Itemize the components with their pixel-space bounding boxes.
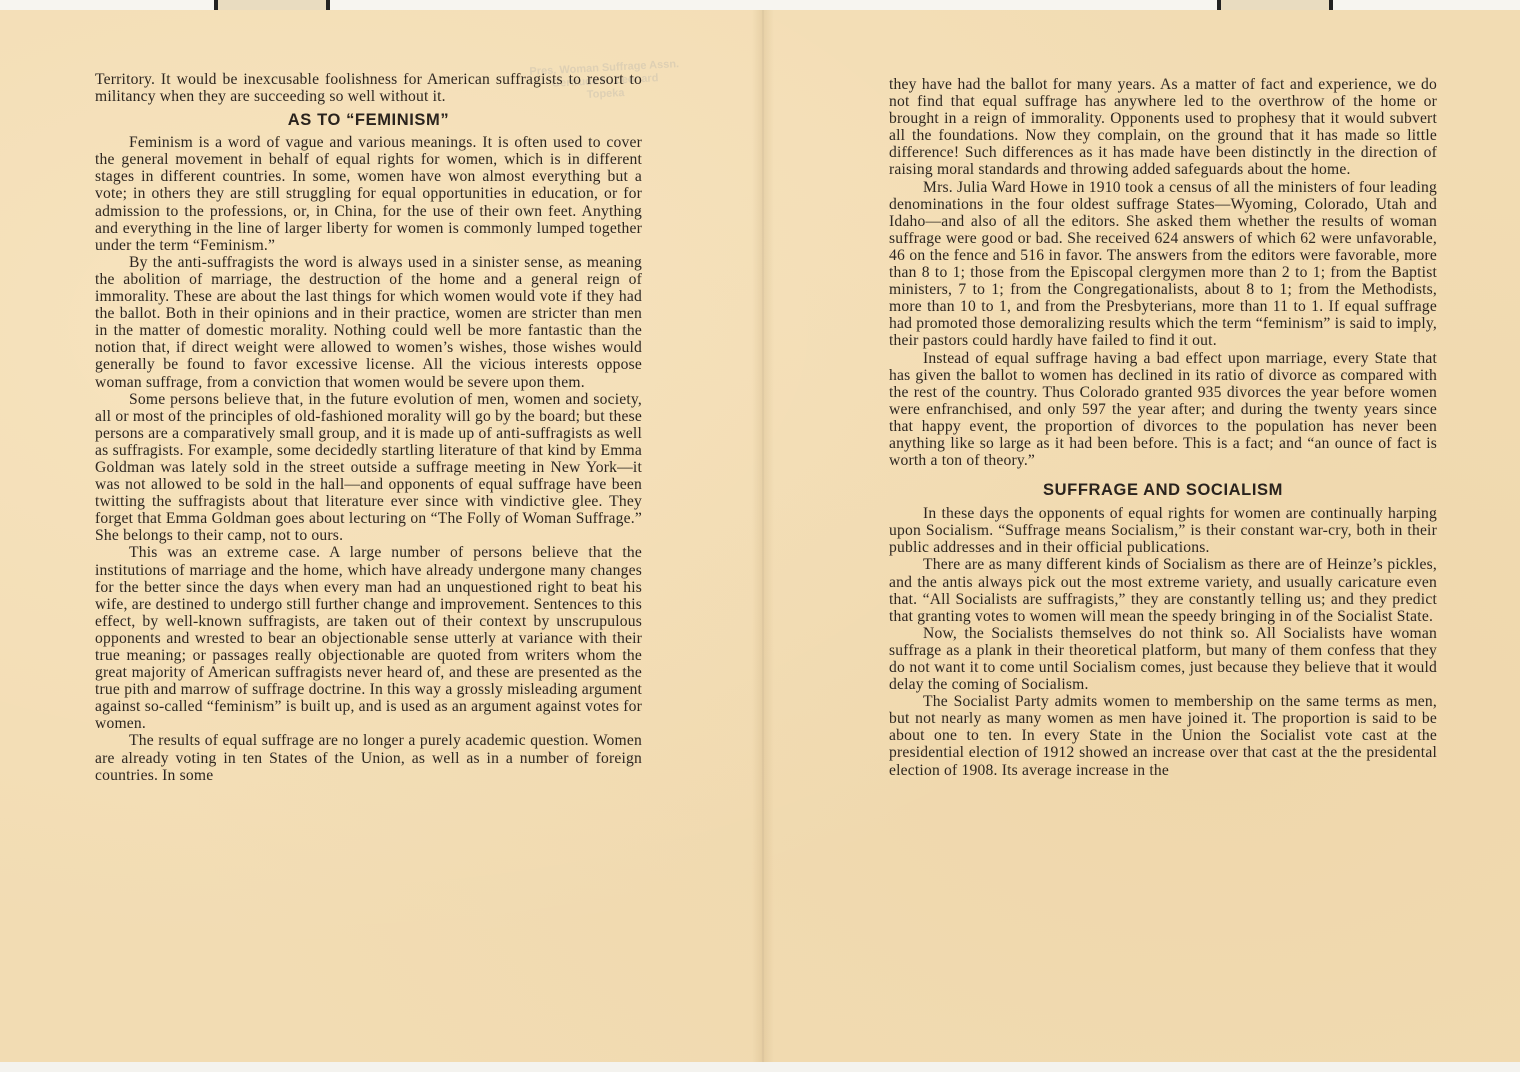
- paragraph: Feminism is a word of vague and various …: [95, 134, 642, 254]
- paragraph: they have had the ballot for many years.…: [889, 76, 1437, 179]
- paragraph: Some persons believe that, in the future…: [95, 391, 642, 545]
- paragraph: The Socialist Party admits women to memb…: [889, 693, 1437, 778]
- paragraph: The results of equal suffrage are no lon…: [95, 732, 642, 783]
- paragraph: Instead of equal suffrage having a bad e…: [889, 350, 1437, 470]
- paragraph: There are as many different kinds of Soc…: [889, 556, 1437, 624]
- paragraph: Now, the Socialists themselves do not th…: [889, 625, 1437, 693]
- binding-tape-mark: [1217, 0, 1333, 10]
- section-heading-feminism: AS TO “FEMINISM”: [95, 109, 642, 131]
- paragraph: By the anti-suffragists the word is alwa…: [95, 254, 642, 391]
- section-heading-suffrage-and-socialism: SUFFRAGE AND SOCIALISM: [889, 479, 1437, 501]
- paragraph: In these days the opponents of equal rig…: [889, 505, 1437, 556]
- center-fold: [752, 10, 774, 1062]
- paragraph: Mrs. Julia Ward Howe in 1910 took a cens…: [889, 179, 1437, 350]
- scan-margin: [0, 1062, 1520, 1072]
- right-page-text: they have had the ballot for many years.…: [889, 76, 1437, 779]
- paragraph: Territory. It would be inexcusable fooli…: [95, 71, 642, 105]
- paragraph: This was an extreme case. A large number…: [95, 544, 642, 732]
- left-page-text: Territory. It would be inexcusable fooli…: [95, 71, 642, 784]
- scanned-pamphlet-spread: Pres. Woman Suffrage Assn. Gertrude H. L…: [0, 10, 1520, 1062]
- binding-tape-mark: [214, 0, 330, 10]
